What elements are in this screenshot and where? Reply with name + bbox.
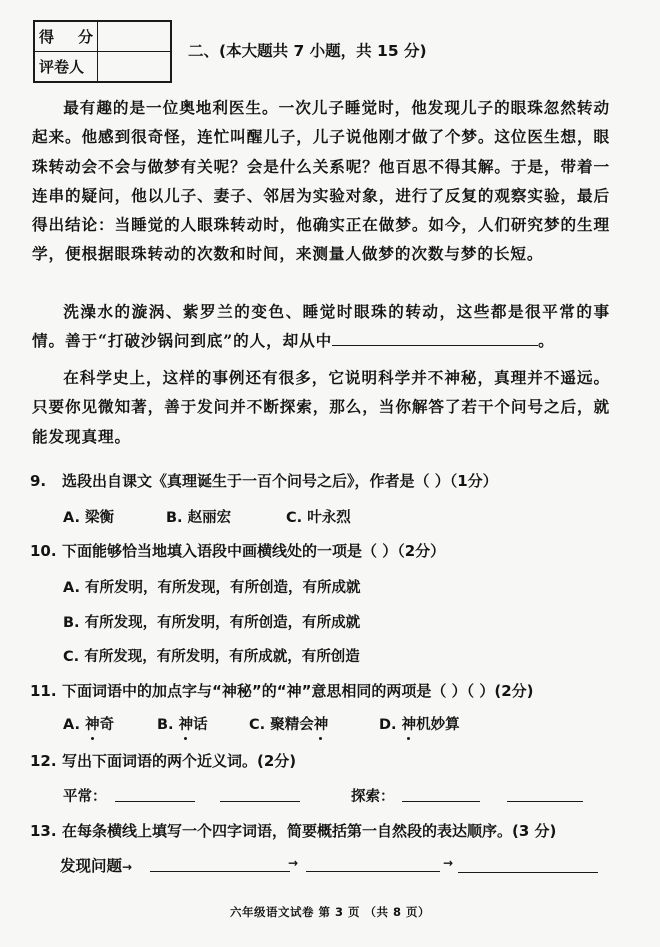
passage-paragraph-2-end: 。	[538, 331, 555, 350]
passage-paragraph-3: 在科学史上，这样的事例还有很多，它说明科学并不神秘，真理并不遥远。只要你见微知著…	[32, 363, 610, 451]
synonym-word-2: 探索：	[351, 785, 395, 806]
score-box: 得 分 评卷人	[33, 20, 172, 83]
question-number: 12.	[30, 752, 62, 770]
option-a[interactable]: A. 有所发明，有所发现，有所创造，有所成就	[63, 576, 361, 597]
arrow-right-icon: →	[288, 856, 298, 870]
option-c[interactable]: C. 聚精会神	[249, 713, 379, 734]
option-c[interactable]: C. 叶永烈	[286, 510, 351, 526]
question-number: 11.	[30, 682, 62, 700]
option-a[interactable]: A. 梁衡	[63, 506, 166, 527]
synonym-blank-3[interactable]	[402, 801, 480, 802]
grader-value-cell[interactable]	[98, 52, 170, 82]
arrow-right-icon: →	[443, 856, 453, 870]
question-11-options: A. 神奇B. 神话C. 聚精会神D. 神机妙算	[63, 713, 460, 734]
grader-label: 评卷人	[35, 52, 98, 82]
arrow-right-icon: →	[122, 860, 132, 874]
dotted-character: 神	[179, 713, 194, 734]
question-9: 9.选段出自课文《真理诞生于一百个问号之后》，作者是（ ）（1分）	[30, 470, 498, 491]
option-b[interactable]: B. 有所发现，有所发明，有所创造，有所成就	[63, 611, 360, 632]
score-label-char-2: 分	[78, 26, 93, 47]
question-text: 选段出自课文《真理诞生于一百个问号之后》，作者是（ ）（1分）	[62, 472, 498, 490]
option-text-after: 奇	[100, 713, 115, 734]
option-b[interactable]: B. 神话	[157, 713, 249, 734]
passage-fill-blank[interactable]	[332, 329, 538, 346]
synonym-blank-1[interactable]	[115, 801, 195, 802]
option-d[interactable]: D. 神机妙算	[379, 713, 460, 734]
sequence-start: 发现问题→	[60, 854, 132, 876]
option-b[interactable]: B. 赵丽宏	[166, 506, 286, 527]
sequence-start-label: 发现问题	[60, 857, 122, 875]
synonym-word-1: 平常：	[63, 785, 107, 806]
option-letter: B.	[157, 717, 174, 733]
option-text-after: 话	[193, 713, 208, 734]
sequence-blank-1[interactable]	[150, 871, 290, 872]
synonym-blank-2[interactable]	[220, 801, 300, 802]
question-number: 10.	[30, 542, 62, 560]
sequence-blank-3[interactable]	[458, 872, 598, 873]
score-value-cell[interactable]	[98, 22, 170, 52]
option-text-before: 聚精会	[270, 713, 314, 734]
synonym-blank-4[interactable]	[507, 801, 583, 802]
question-11: 11.下面词语中的加点字与“神秘”的“神”意思相同的两项是（ ）（ ）(2分)	[30, 680, 534, 701]
question-12: 12.写出下面词语的两个近义词。(2分)	[30, 750, 296, 771]
question-text: 下面能够恰当地填入语段中画横线处的一项是（ ）（2分）	[62, 542, 445, 560]
question-text: 写出下面词语的两个近义词。(2分)	[62, 752, 296, 770]
option-letter: A.	[63, 717, 80, 733]
option-a[interactable]: A. 神奇	[63, 713, 157, 734]
question-10: 10.下面能够恰当地填入语段中画横线处的一项是（ ）（2分）	[30, 540, 445, 561]
option-letter: C.	[249, 717, 265, 733]
passage-paragraph-2: 洗澡水的漩涡、紫罗兰的变色、睡觉时眼珠的转动，这些都是很平常的事情。善于“打破沙…	[32, 297, 610, 356]
question-text: 下面词语中的加点字与“神秘”的“神”意思相同的两项是（ ）（ ）(2分)	[62, 682, 534, 700]
option-c[interactable]: C. 有所发现，有所发明，有所成就，有所创造	[63, 645, 360, 666]
dotted-character: 神	[85, 713, 100, 734]
sequence-blank-2[interactable]	[306, 871, 440, 872]
score-label-char-1: 得	[39, 26, 54, 47]
section-title: 二、(本大题共 7 小题，共 15 分)	[188, 39, 427, 61]
page-footer: 六年级语文试卷 第 3 页 （共 8 页）	[0, 904, 660, 920]
option-text-after: 机妙算	[416, 713, 460, 734]
option-letter: D.	[379, 717, 397, 733]
dotted-character: 神	[402, 713, 417, 734]
question-number: 13.	[30, 822, 62, 840]
question-13: 13.在每条横线上填写一个四字词语，简要概括第一自然段的表达顺序。(3 分)	[30, 820, 556, 841]
question-text: 在每条横线上填写一个四字词语，简要概括第一自然段的表达顺序。(3 分)	[62, 822, 556, 840]
question-9-options: A. 梁衡B. 赵丽宏C. 叶永烈	[63, 506, 351, 527]
passage-paragraph-1: 最有趣的是一位奥地利医生。一次儿子睡觉时，他发现儿子的眼珠忽然转动起来。他感到很…	[32, 93, 610, 269]
question-number: 9.	[30, 472, 62, 490]
score-label: 得 分	[35, 22, 98, 52]
dotted-character: 神	[314, 713, 329, 734]
